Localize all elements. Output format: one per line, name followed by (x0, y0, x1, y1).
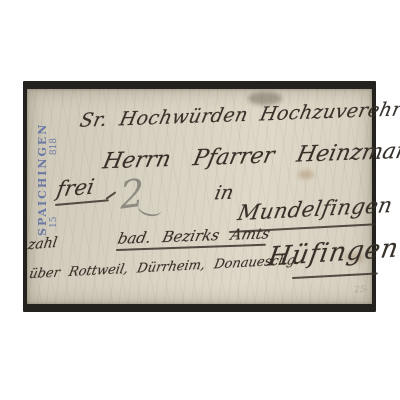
frei-marking: frei (55, 175, 96, 202)
pencil-note: 25- (354, 285, 369, 296)
postmark-town-line: SPAICHINGEN (37, 130, 49, 236)
letter-photograph: SPAICHINGEN 15 818 Sr. Hochwürden Hochzu… (0, 0, 400, 400)
postmark-date-day: 15 (49, 217, 60, 228)
left-annotation: zahl (27, 235, 59, 254)
postmark-date-year: 818 (49, 138, 60, 155)
